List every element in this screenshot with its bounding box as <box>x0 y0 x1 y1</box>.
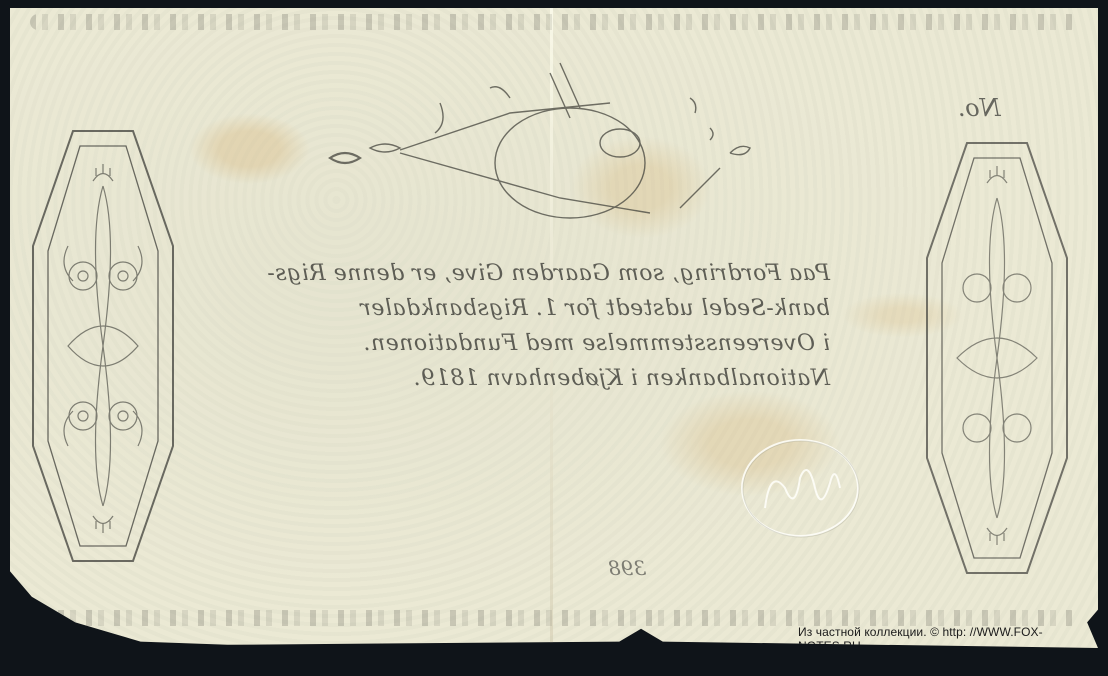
right-ornamental-panel <box>922 138 1072 578</box>
serial-number: 398 <box>608 556 646 580</box>
embossed-seal-icon <box>730 428 870 548</box>
banknote-reverse: Paa Fordring, som Gaarden Give, er denne… <box>10 8 1098 648</box>
central-ornament <box>310 58 810 238</box>
bleed-through-line: i Overeensstemmelse med Fundationen. <box>250 326 830 361</box>
bleed-through-text: Paa Fordring, som Gaarden Give, er denne… <box>250 256 830 396</box>
left-ornamental-panel <box>28 126 178 566</box>
bleed-through-line: bank-Sedel udstedt for 1. Rigsbankdaler <box>250 291 830 326</box>
collection-credit: Из частной коллекции. © http: //WWW.FOX-… <box>798 625 1098 653</box>
number-mark: No. <box>958 94 1001 122</box>
bleed-through-line: Paa Fordring, som Gaarden Give, er denne… <box>250 256 830 291</box>
bottom-ornamental-border <box>30 610 1078 626</box>
bleed-through-line: Nationalbanken i Kjøbenhavn 1819. <box>250 361 830 396</box>
top-ornamental-border <box>30 14 1078 30</box>
